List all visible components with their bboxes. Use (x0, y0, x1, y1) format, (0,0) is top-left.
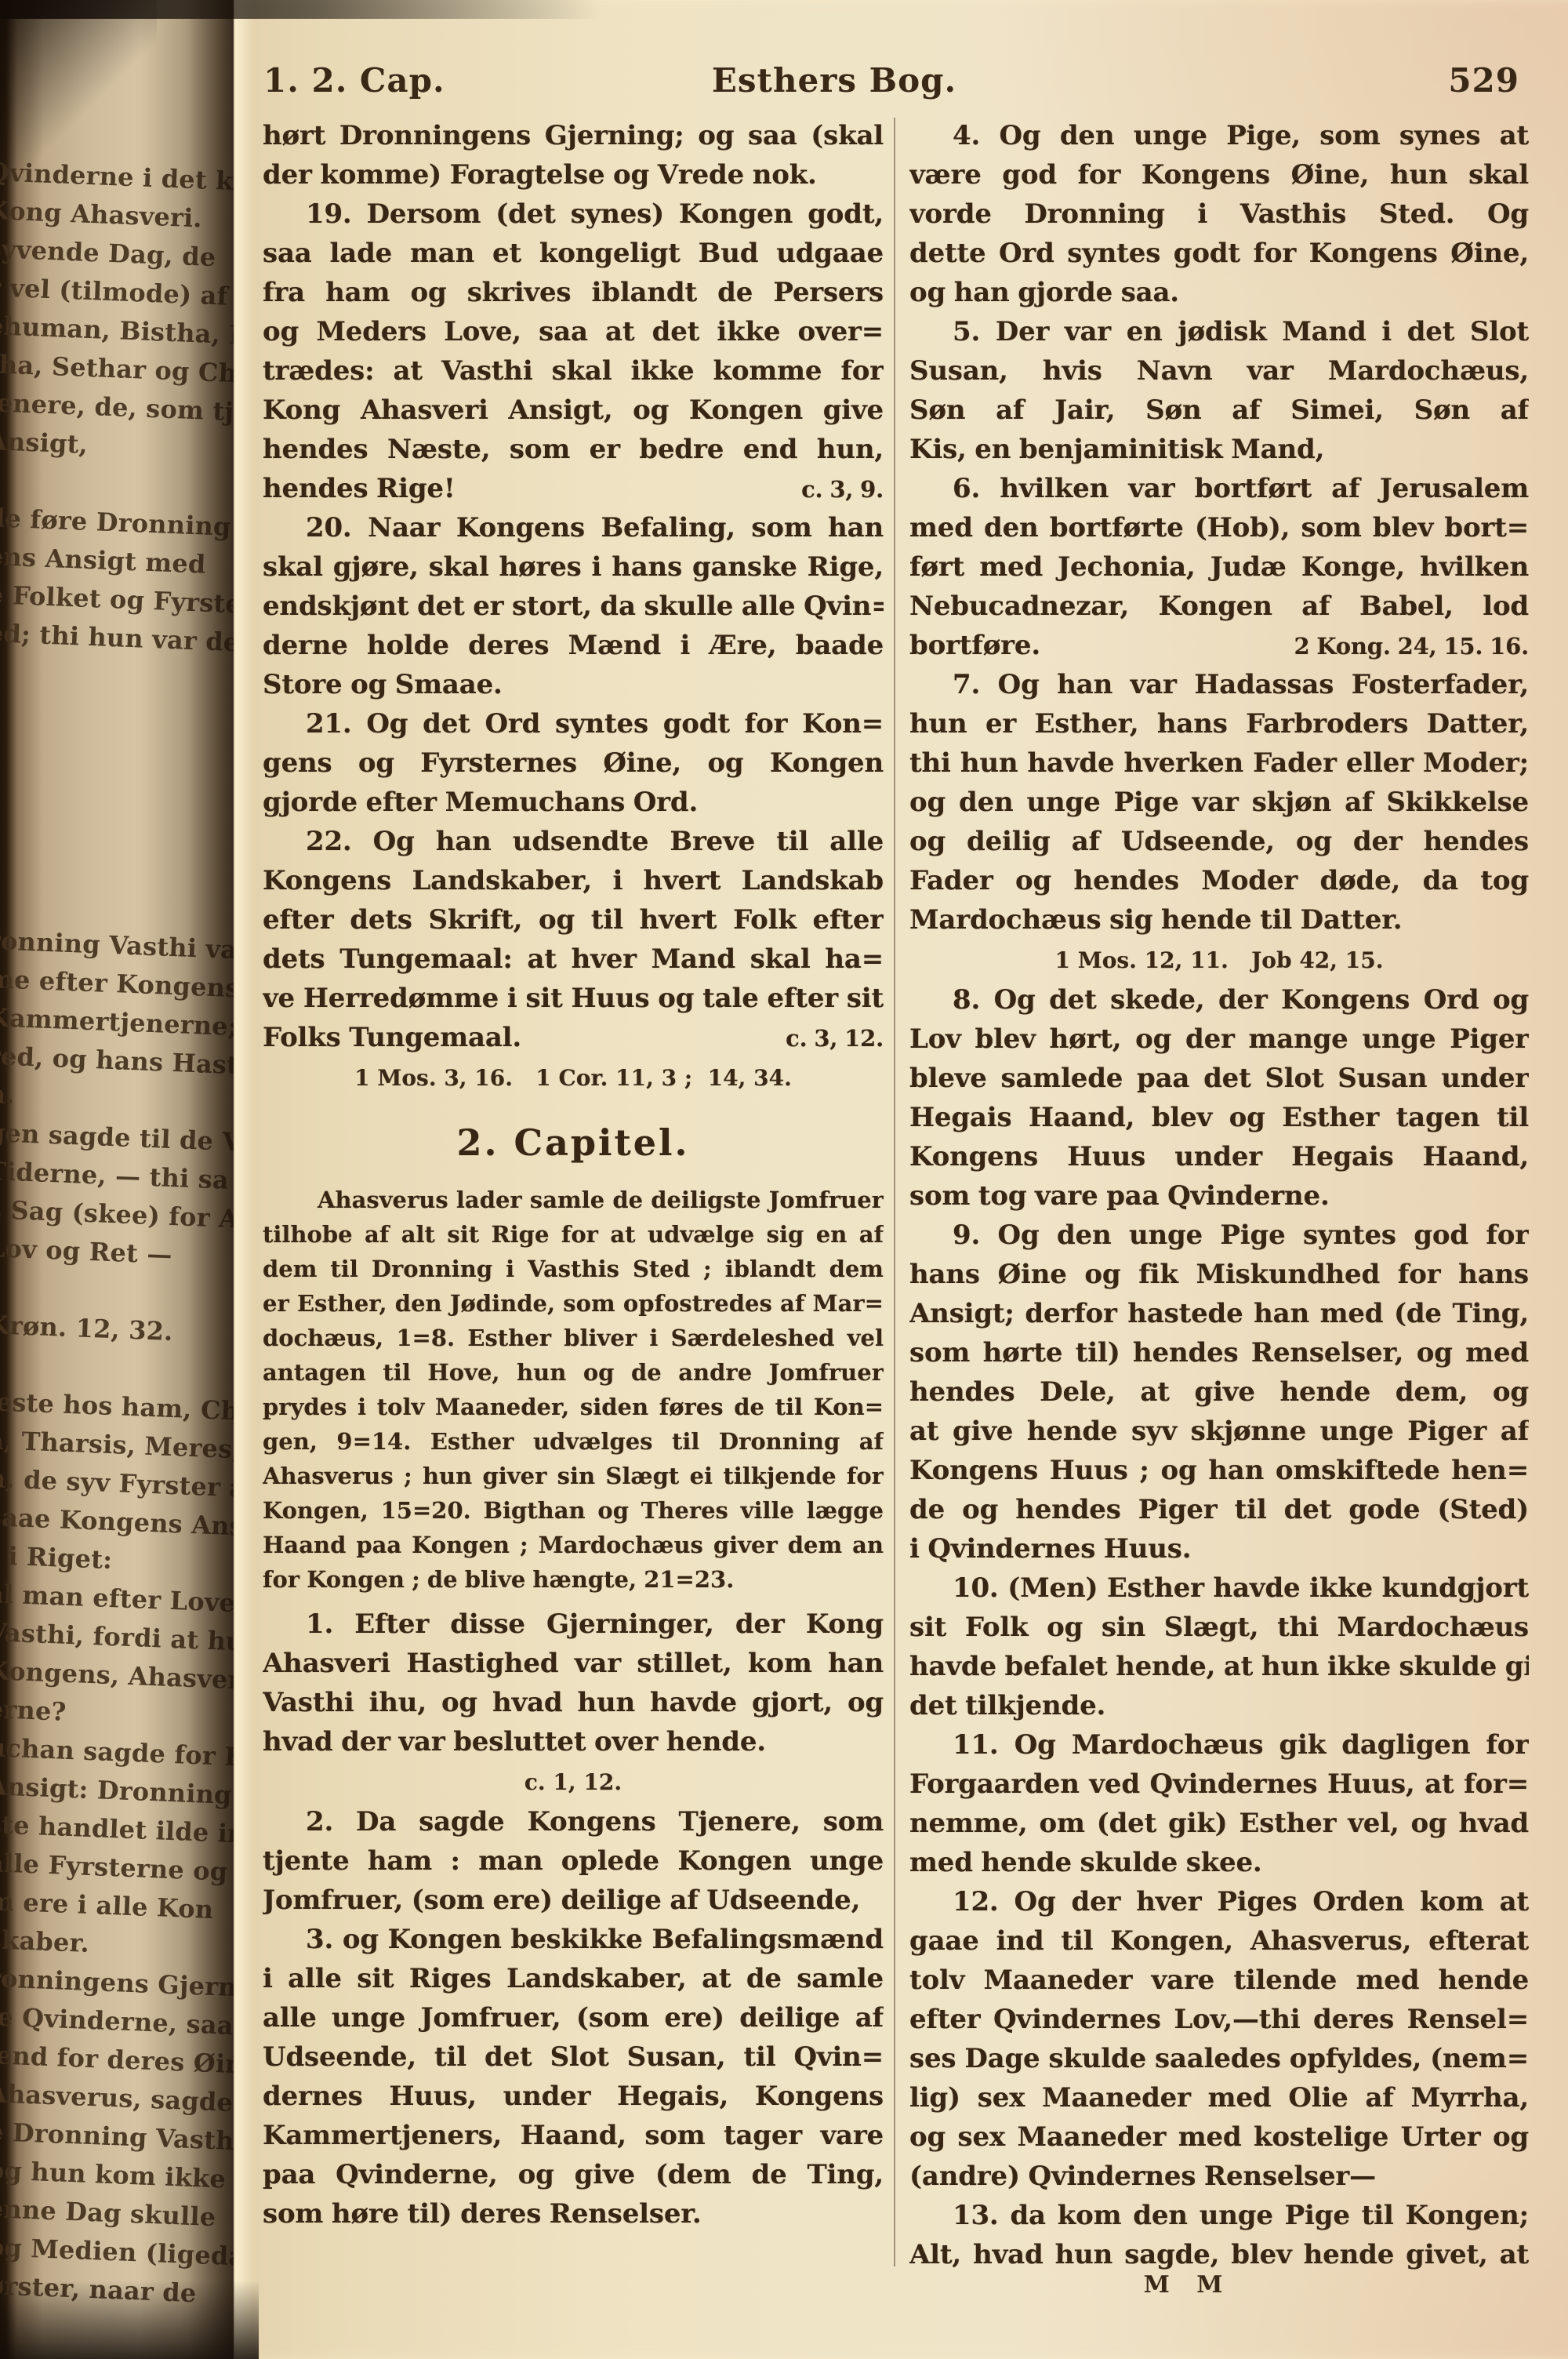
facing-page-line: al man efter Loven (0, 1579, 237, 1619)
chapter-summary: Ahasverus lader samle de deiligste Jomfr… (263, 1183, 884, 1597)
facing-page-line: ed; thi hun var de (0, 618, 237, 657)
text-line: efter Qvindernes Lov,—thi deres Rensel= (909, 2000, 1529, 2039)
text-line: 10. (Men) Esther havde ikke kundgjort (909, 1568, 1529, 1608)
facing-page-line: Ansigt, (0, 426, 89, 460)
text-line: fra ham og skrives iblandt de Persers (263, 273, 884, 312)
text-line-body: hendes Rige! (263, 469, 456, 508)
facing-page-line: alle Fyrsterne og (0, 1848, 228, 1887)
scripture-reference-inline: c. 3, 9. (801, 470, 884, 508)
text-line: Lov blev hørt, og der mange unge Piger (909, 1020, 1529, 1059)
text-line: Susan, hvis Navn var Mardochæus, (909, 351, 1529, 391)
text-line: Hegais Haand, blev og Esther tagen til (909, 1098, 1529, 1137)
text-line: 8. Og det skede, der Kongens Ord og (909, 980, 1529, 1020)
text-line: Folks Tungemaal.c. 3, 12. (263, 1018, 884, 1057)
text-line: gen, 9=14. Esther udvælges til Dronning … (263, 1424, 884, 1459)
text-line: 13. da kom den unge Pige til Kongen; (909, 2196, 1529, 2235)
facing-page-line: gen sagde til de Vise (0, 1118, 237, 1158)
text-line: 7. Og han var Hadassas Fosterfader, (909, 665, 1529, 704)
text-line: Ahasverus ; hun giver sin Slægt ei tilkj… (263, 1459, 884, 1493)
verse-paragraph: 9. Og den unge Pige syntes god forhans Ø… (909, 1216, 1529, 1568)
text-line: og Meders Love, saa at det ikke over= (263, 312, 884, 351)
column-divider (894, 118, 895, 2266)
text-line: Vasthi ihu, og hvad hun havde gjort, og (263, 1683, 884, 1722)
facing-page-line: og Medien (ligeda (0, 2232, 237, 2272)
page-number: 529 (1448, 61, 1519, 100)
facing-page-line: de føre Dronning (0, 503, 231, 542)
text-line: 4. Og den unge Pige, som synes at (909, 116, 1529, 155)
facing-page-line: Kong Ahasveri. (0, 195, 203, 233)
text-line: dem til Dronning i Vasthis Sted ; ibland… (263, 1252, 884, 1286)
text-line: thi hun havde hverken Fader eller Moder; (909, 743, 1529, 783)
text-line: dette Ord syntes godt for Kongens Øine, (909, 234, 1529, 273)
verse-paragraph: 8. Og det skede, der Kongens Ord ogLov b… (909, 980, 1529, 1216)
text-line: trædes: at Vasthi skal ikke komme for (263, 351, 884, 391)
chapter-heading: 2. Capitel. (263, 1120, 884, 1165)
facing-page-line: jenere, de, som tjen (0, 387, 237, 428)
text-line: hun er Esther, hans Farbroders Datter, (909, 704, 1529, 743)
facing-page-line: n, de syv Fyrster af (0, 1463, 237, 1503)
text-line: som høre til) deres Renselser. (263, 2194, 884, 2234)
facing-page-line: Tiderne, — thi sa (0, 1156, 230, 1195)
text-line: gens og Fyrsternes Øine, og Kongen (263, 743, 884, 783)
text-line: Søn af Jair, Søn af Simei, Søn af (909, 391, 1529, 430)
verse-paragraph: 6. hvilken var bortført af Jerusalemmed … (909, 469, 1529, 665)
text-line: Udseende, til det Slot Susan, til Qvin= (263, 2037, 884, 2077)
text-line: dernes Huus, under Hegais, Kongens (263, 2077, 884, 2116)
text-line: ve Herredømme i sit Huus og tale efter s… (263, 979, 884, 1018)
facing-page-line: uchan sagde for Ko (0, 1732, 237, 1772)
text-line: der komme) Foragtelse og Vrede nok. (263, 155, 884, 194)
text-line: dets Tungemaal: at hver Mand skal ha= (263, 940, 884, 979)
verse-paragraph: 10. (Men) Esther havde ikke kundgjortsit… (909, 1568, 1529, 1725)
text-line: paa Qvinderne, og give (dem de Ting, (263, 2155, 884, 2194)
text-line: sit Folk og sin Slægt, thi Mardochæus (909, 1608, 1529, 1647)
text-line: 22. Og han udsendte Breve til alle (263, 822, 884, 861)
facing-page-line: syvende Dag, de (0, 234, 216, 272)
text-line: og han gjorde saa. (909, 273, 1529, 312)
text-line: 5. Der var en jødisk Mand i det Slot (909, 312, 1529, 351)
text-line-body: Folks Tungemaal. (263, 1018, 521, 1057)
text-line: Ahasveri Hastighed var stillet, kom han (263, 1644, 884, 1683)
text-line: det tilkjende. (909, 1686, 1529, 1725)
facing-page-line: og hun kom ikke (0, 2155, 227, 2194)
text-line: nemme, om (det gik) Esther vel, og hvad (909, 1804, 1529, 1843)
facing-page-line: erne? (0, 1694, 67, 1727)
text-line: bleve samlede paa det Slot Susan under (909, 1059, 1529, 1098)
verse-paragraph: 12. Og der hver Piges Orden kom atgaae i… (909, 1882, 1529, 2196)
text-line: være god for Kongens Øine, hun skal (909, 155, 1529, 194)
running-title: Esthers Bog. (234, 61, 1435, 100)
facing-page-line: skaber. (0, 1925, 90, 1958)
text-line: som tog vare paa Qvinderne. (909, 1176, 1529, 1216)
facing-page-line: a, Tharsis, Meres, (0, 1425, 237, 1464)
text-line: hendes Næste, som er bedre end hun, (263, 430, 884, 469)
text-line: Kong Ahasveri Ansigt, og Kongen give (263, 391, 884, 430)
text-line: for Kongen ; de blive hængte, 21=23. (263, 1562, 884, 1597)
text-line: med hende skulde skee. (909, 1843, 1529, 1882)
text-line: Ahasverus lader samle de deiligste Jomfr… (263, 1183, 884, 1217)
facing-page-line: e Folket og Fyrste (0, 580, 237, 619)
text-line: Kongens Landskaber, i hvert Landskab (263, 861, 884, 900)
text-line: dochæus, 1=8. Esther bliver i Særdeleshe… (263, 1321, 884, 1355)
verse-paragraph: 22. Og han udsendte Breve til alleKongen… (263, 822, 884, 1057)
text-line: Nebucadnezar, Kongen af Babel, lod (909, 587, 1529, 626)
verse-paragraph: 4. Og den unge Pige, som synes atvære go… (909, 116, 1529, 312)
verse-paragraph: hørt Dronningens Gjerning; og saa (skald… (263, 116, 884, 194)
text-line: Kis, en benjaminitisk Mand, (909, 430, 1529, 469)
facing-page: Qvinderne i det konKong Ahasveri.syvende… (0, 0, 237, 2359)
text-line: Kammertjeners, Haand, som tager vare (263, 2116, 884, 2155)
verse-paragraph: 21. Og det Ord syntes godt for Kon=gens … (263, 704, 884, 822)
text-line: Alt, hvad hun sagde, blev hende givet, a… (909, 2235, 1529, 2274)
facing-page-line: Kammertjenerne; d (0, 1002, 237, 1043)
text-line: prydes i tolv Maaneder, siden føres de t… (263, 1390, 884, 1424)
text-line: bortføre.2 Kong. 24, 15. 16. (909, 626, 1529, 665)
text-line: derne holde deres Mænd i Ære, baade (263, 626, 884, 665)
facing-page-line: ste handlet ilde imod (0, 1809, 237, 1851)
text-line-body: bortføre. (909, 626, 1040, 665)
text-line: 11. Og Mardochæus gik dagligen for (909, 1725, 1529, 1765)
text-line: endskjønt det er stort, da skulle alle Q… (263, 587, 884, 626)
facing-page-line: Krøn. 12, 32. (0, 1310, 173, 1347)
verse-paragraph: 7. Og han var Hadassas Fosterfader,hun e… (909, 665, 1529, 940)
page: 1. 2. Cap. Esthers Bog. 529 hørt Dronnin… (234, 0, 1568, 2359)
facing-page-line: ronningens Gjerning (0, 1963, 237, 2004)
left-column: hørt Dronningens Gjerning; og saa (skald… (263, 116, 884, 2234)
scripture-reference: c. 1, 12. (263, 1765, 884, 1801)
verse-paragraph: 3. og Kongen beskikke Befalingsmændi all… (263, 1920, 884, 2234)
facing-page-line: n. (0, 1079, 16, 1110)
facing-page-line: ørster, naar de (0, 2270, 197, 2308)
verse-paragraph: 20. Naar Kongens Befaling, som hanskal g… (263, 508, 884, 704)
text-line: tilhobe af alt sit Rige for at udvælge s… (263, 1217, 884, 1252)
text-line: antagen til Hove, hun og de andre Jomfru… (263, 1355, 884, 1390)
facing-page-line: Vasthi, fordi at hu (0, 1617, 237, 1657)
text-line: 6. hvilken var bortført af Jerusalem (909, 469, 1529, 508)
text-line: havde befalet hende, at hun ikke skulde … (909, 1647, 1529, 1686)
text-line: lig) sex Maaneder med Olie af Myrrha, (909, 2078, 1529, 2117)
text-line: i alle sit Riges Landskaber, at de samle (263, 1959, 884, 1998)
text-line: alle unge Jomfruer, (som ere) deilige af (263, 1998, 884, 2037)
text-line: efter dets Skrift, og til hvert Folk eft… (263, 900, 884, 940)
text-line: i Qvindernes Huus. (909, 1529, 1529, 1568)
text-line: Kongens Huus under Hegais Haand, (909, 1137, 1529, 1176)
facing-page-line: Ahasverus, sagde (0, 2078, 234, 2117)
text-line: 2. Da sagde Kongens Tjenere, som (263, 1802, 884, 1841)
text-line: med den bortførte (Hob), som blev bort= (909, 508, 1529, 547)
facing-page-line: le Qvinderne, saa d (0, 2001, 237, 2041)
verse-paragraph: 1. Efter disse Gjerninger, der KongAhasv… (263, 1605, 884, 1761)
text-line: Forgaarden ved Qvindernes Huus, at for= (909, 1765, 1529, 1804)
scripture-reference: 1 Mos. 3, 16. 1 Cor. 11, 3 ; 14, 34. (263, 1060, 884, 1096)
text-line: som hørte til) hendes Renselser, og med (909, 1333, 1529, 1372)
text-line: saa lade man et kongeligt Bud udgaae (263, 234, 884, 273)
text-line: og den unge Pige var skjøn af Skikkelse (909, 783, 1529, 822)
text-line: vorde Dronning i Vasthis Sted. Og (909, 194, 1529, 234)
text-line: Kongens Huus ; og han omskiftede hen= (909, 1451, 1529, 1490)
verse-paragraph: 13. da kom den unge Pige til Kongen;Alt,… (909, 2196, 1529, 2274)
text-line: gjorde efter Memuchans Ord. (263, 783, 884, 822)
text-line: hvad der var besluttet over hende. (263, 1722, 884, 1761)
text-line: tolv Maaneder vare tilende med hende (909, 1961, 1529, 2000)
text-line: og deilig af Udseende, og der hendes (909, 822, 1529, 861)
text-line: Mardochæus sig hende til Datter. (909, 900, 1529, 940)
text-line: 21. Og det Ord syntes godt for Kon= (263, 704, 884, 743)
text-line: 20. Naar Kongens Befaling, som han (263, 508, 884, 547)
facing-page-line: ronning Vasthi va (0, 925, 237, 965)
text-line: hendes Dele, at give hende dem, og (909, 1372, 1529, 1412)
text-line: Store og Smaae. (263, 665, 884, 704)
facing-page-line: me efter Kongens (0, 964, 237, 1003)
facing-page-line: r vel (tilmode) af (0, 272, 228, 311)
facing-page-line: saae Kongens Ansi (0, 1502, 237, 1542)
text-line: de og hendes Piger til det gode (Sted) (909, 1490, 1529, 1529)
facing-page-line: Qvinderne i det kon (0, 157, 237, 198)
text-line: tjente ham : man oplede Kongen unge (263, 1841, 884, 1881)
facing-page-line: e Dronning Vasthi (0, 2117, 237, 2157)
text-line: er Esther, den Jødinde, som opfostredes … (263, 1286, 884, 1321)
facing-page-line: Kongens, Ahasver (0, 1656, 237, 1695)
facing-page-line: Ansigt: Dronning (0, 1771, 232, 1810)
text-line: ført med Jechonia, Judæ Konge, hvilken (909, 547, 1529, 587)
text-line: 12. Og der hver Piges Orden kom at (909, 1882, 1529, 1921)
text-line: Fader og hendes Moder døde, da tog (909, 861, 1529, 900)
facing-page-line: enne Dag skulle (0, 2194, 216, 2232)
text-line: at give hende syv skjønne unge Piger af (909, 1412, 1529, 1451)
right-column: 4. Og den unge Pige, som synes atvære go… (909, 116, 1529, 2274)
facing-page-line: tha, Sethar og Ch (0, 349, 237, 388)
facing-page-line: ehuman, Bistha, Ha (0, 311, 237, 351)
text-line: 1. Efter disse Gjerninger, der Kong (263, 1605, 884, 1644)
facing-page-line: ens Ansigt med (0, 541, 206, 580)
verse-paragraph: 11. Og Mardochæus gik dagligen forForgaa… (909, 1725, 1529, 1882)
text-line: ses Dage skulde saaledes opfyldes, (nem= (909, 2039, 1529, 2078)
text-line: og sex Maaneder med kostelige Urter og (909, 2117, 1529, 2157)
signature-mark: M M (909, 2271, 1458, 2299)
text-line: 9. Og den unge Pige syntes god for (909, 1216, 1529, 1255)
facing-page-line: t i Riget: (0, 1540, 113, 1575)
verse-paragraph: 5. Der var en jødisk Mand i det SlotSusa… (909, 312, 1529, 469)
text-line: Kongen, 15=20. Bigthan og Theres ville l… (263, 1493, 884, 1528)
facing-page-line: æste hos ham, Cha (0, 1387, 237, 1427)
scripture-reference-inline: c. 3, 12. (786, 1019, 884, 1057)
text-line: Haand paa Kongen ; Mardochæus giver dem … (263, 1528, 884, 1562)
text-line: (andre) Qvindernes Renselser— (909, 2157, 1529, 2196)
facing-page-line: Lov og Ret — (0, 1233, 172, 1270)
text-line: hans Øine og fik Miskundhed for hans (909, 1255, 1529, 1294)
text-line: 3. og Kongen beskikke Befalingsmænd (263, 1920, 884, 1959)
facing-page-line: s Sag (skee) for Alle (0, 1194, 237, 1235)
text-line: hørt Dronningens Gjerning; og saa (skal (263, 116, 884, 155)
facing-page-line: ænd for deres Øine (0, 2040, 237, 2080)
text-line: gaae ind til Kongen, Ahasverus, efterat (909, 1921, 1529, 1961)
facing-page-line: m ere i alle Kon (0, 1886, 214, 1925)
book-photo: { "header": { "chapter_label": "1. 2. Ca… (0, 0, 1568, 2359)
text-line: Ansigt; derfor hastede han med (de Ting, (909, 1294, 1529, 1333)
verse-paragraph: 19. Dersom (det synes) Kongen godt,saa l… (263, 194, 884, 508)
text-line: hendes Rige!c. 3, 9. (263, 469, 884, 508)
facing-page-line: red, og hans Hast (0, 1041, 237, 1080)
scripture-reference: 1 Mos. 12, 11. Job 42, 15. (909, 943, 1529, 979)
text-line: skal gjøre, skal høres i hans ganske Rig… (263, 547, 884, 587)
scripture-reference-inline: 2 Kong. 24, 15. 16. (1294, 627, 1530, 665)
text-line: 19. Dersom (det synes) Kongen godt, (263, 194, 884, 234)
text-line: Jomfruer, (som ere) deilige af Udseende, (263, 1881, 884, 1920)
verse-paragraph: 2. Da sagde Kongens Tjenere, somtjente h… (263, 1802, 884, 1920)
